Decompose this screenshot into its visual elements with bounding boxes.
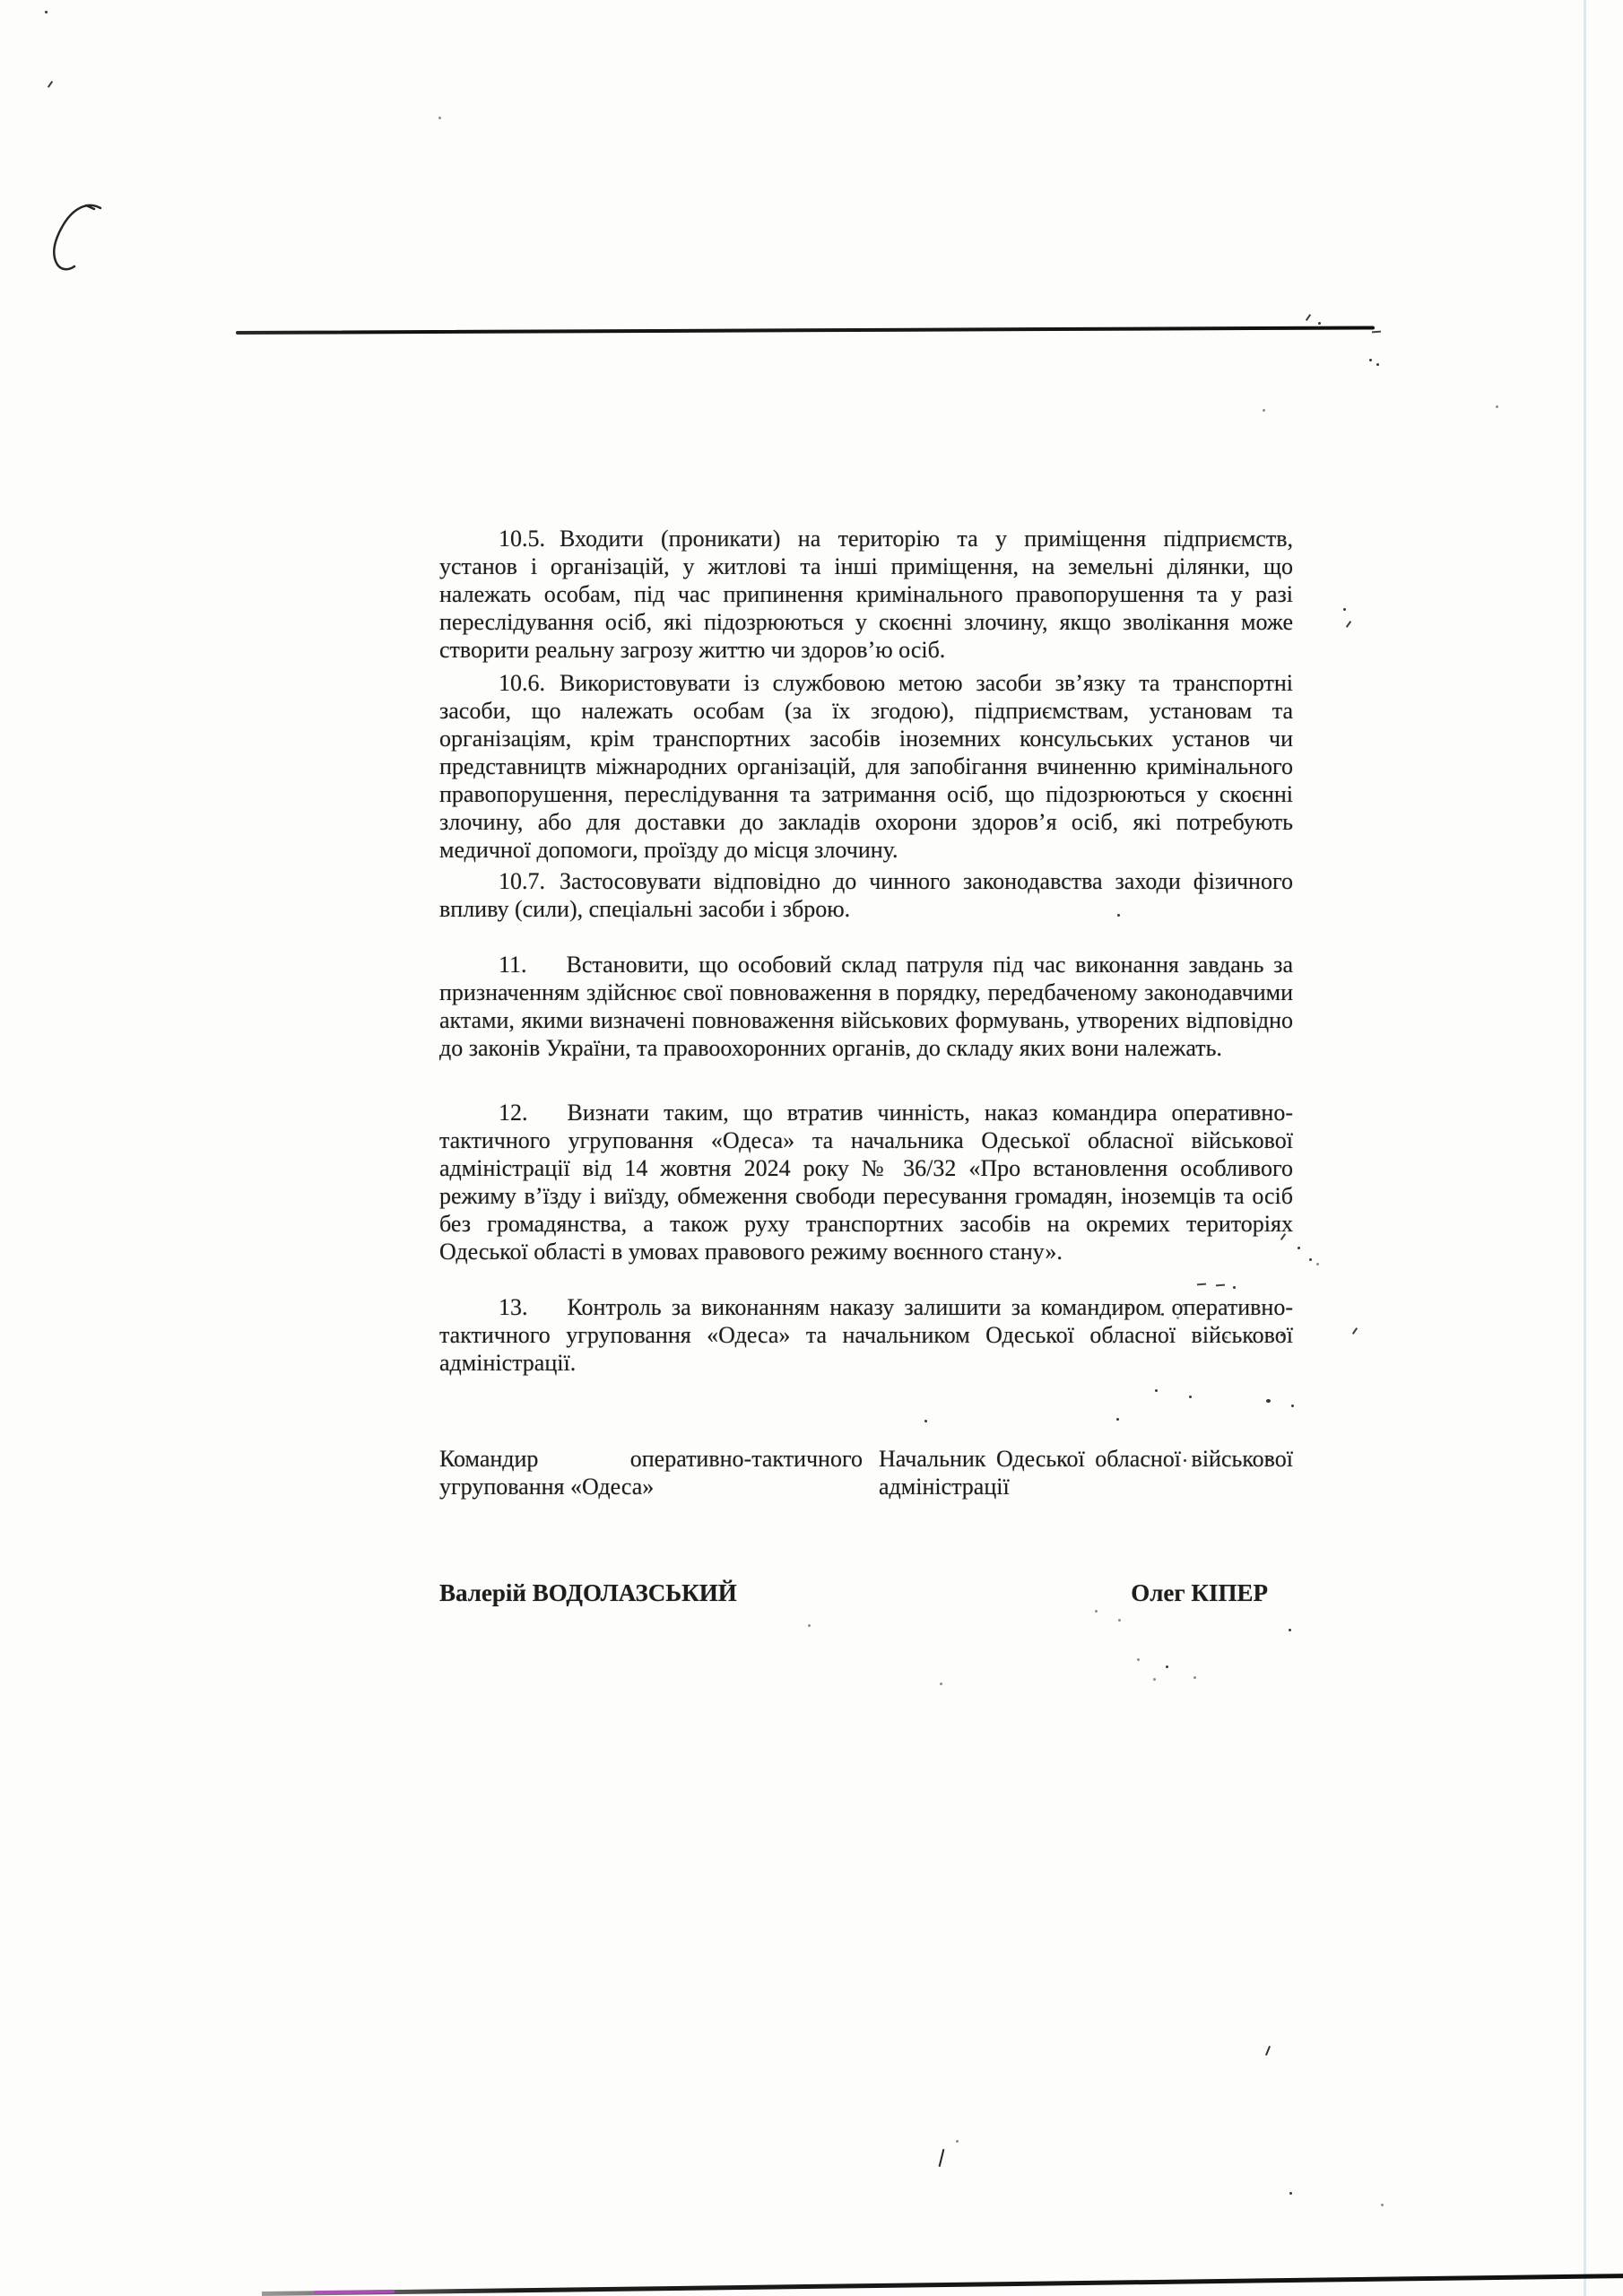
scan-speck — [438, 117, 441, 119]
scan-speck — [1291, 1405, 1294, 1407]
order-item-12: 12.Визнати таким, що втратив чинність, н… — [439, 1099, 1293, 1265]
scan-speck — [940, 1683, 942, 1685]
scanned-page: 10.5.Входити (проникати) на територію та… — [0, 0, 1623, 2296]
scan-speck — [1372, 331, 1381, 334]
scan-speck — [1189, 1396, 1192, 1398]
item-number: 13. — [499, 1294, 528, 1320]
signatory-name-left: Валерій ВОДОЛАЗСЬКИЙ — [439, 1579, 737, 1607]
scan-speck — [1161, 1313, 1164, 1316]
scan-speck — [1127, 1307, 1130, 1309]
scan-speck — [1155, 1389, 1158, 1392]
scan-speck — [1298, 1247, 1300, 1249]
scan-speck — [939, 2149, 945, 2167]
item-number: 10.5. — [499, 526, 545, 552]
item-text: Контроль за виконанням наказу залишити з… — [439, 1294, 1293, 1376]
scanner-streak — [1584, 0, 1586, 2296]
item-number: 11. — [499, 952, 527, 978]
scan-speck — [1316, 1263, 1319, 1265]
scan-speck — [1346, 621, 1351, 628]
scan-speck — [1289, 2192, 1292, 2195]
scan-speck — [1184, 1459, 1186, 1462]
scan-speck — [1309, 1258, 1312, 1261]
order-item-10-6: 10.6.Використовувати із службовою метою … — [439, 669, 1293, 864]
order-item-10-5: 10.5.Входити (проникати) на територію та… — [439, 525, 1293, 664]
scan-speck — [1225, 1336, 1228, 1339]
scan-speck — [1153, 1678, 1156, 1681]
header-rule — [236, 326, 1375, 335]
scan-speck — [1117, 914, 1120, 917]
pen-stroke-mark — [34, 197, 109, 276]
order-item-13: 13.Контроль за виконанням наказу залишит… — [439, 1293, 1293, 1377]
scan-speck — [1381, 2204, 1384, 2206]
signature-title-right: Начальник Одеської обласної військової а… — [879, 1445, 1293, 1500]
item-text: Входити (проникати) на територію та у пр… — [439, 526, 1293, 663]
item-number: 12. — [499, 1100, 528, 1126]
scan-speck — [808, 1624, 811, 1627]
order-item-11: 11.Встановити, що особовий склад патруля… — [439, 951, 1293, 1062]
signature-title-left: Командир оперативно-тактичного угрупован… — [439, 1445, 863, 1500]
signatory-name-right: Олег КІПЕР — [1131, 1579, 1268, 1607]
signature-titles: Командир оперативно-тактичного угрупован… — [439, 1445, 1293, 1500]
scan-speck — [1496, 405, 1498, 408]
scan-speck — [1193, 1676, 1196, 1679]
scan-speck — [1116, 1418, 1119, 1421]
item-text: Застосовувати відповідно до чинного зако… — [439, 868, 1293, 922]
order-item-10-7: 10.7.Застосовувати відповідно до чинного… — [439, 867, 1293, 923]
item-number: 10.7. — [499, 868, 545, 894]
signature-names: Валерій ВОДОЛАЗСЬКИЙ Олег КІПЕР — [439, 1579, 1293, 1607]
item-text: Визнати таким, що втратив чинність, нака… — [439, 1100, 1293, 1265]
scan-speck — [1318, 322, 1321, 325]
scan-speck — [1280, 1334, 1283, 1336]
scan-speck — [1376, 363, 1379, 366]
scan-speck — [1233, 1286, 1236, 1289]
scan-speck — [1343, 608, 1346, 611]
scan-speck — [924, 1420, 927, 1422]
scan-speck — [1268, 1458, 1271, 1461]
scan-speck — [1263, 409, 1265, 412]
scan-speck — [1182, 1304, 1185, 1307]
item-text: Встановити, що особовий склад патруля пі… — [439, 952, 1293, 1061]
page-bottom-edge — [262, 2274, 1623, 2296]
order-text: 10.5.Входити (проникати) на територію та… — [439, 525, 1293, 1607]
scan-speck — [1369, 359, 1372, 361]
scan-speck — [1176, 1317, 1179, 1319]
scan-speck — [1095, 1610, 1098, 1613]
scan-speck — [1137, 1658, 1140, 1661]
scan-speck — [1265, 2046, 1271, 2056]
item-text: Використовувати із службовою метою засоб… — [439, 670, 1293, 863]
scan-speck — [1289, 1629, 1291, 1631]
item-number: 10.6. — [499, 670, 545, 696]
scan-speck — [1306, 314, 1311, 321]
scan-speck — [1166, 1665, 1168, 1668]
scan-speck — [45, 11, 48, 13]
scan-speck — [48, 81, 53, 88]
scan-speck — [1352, 1327, 1358, 1335]
scan-speck — [1266, 1399, 1271, 1403]
scan-speck — [1118, 1619, 1121, 1622]
scan-speck — [956, 2140, 959, 2143]
